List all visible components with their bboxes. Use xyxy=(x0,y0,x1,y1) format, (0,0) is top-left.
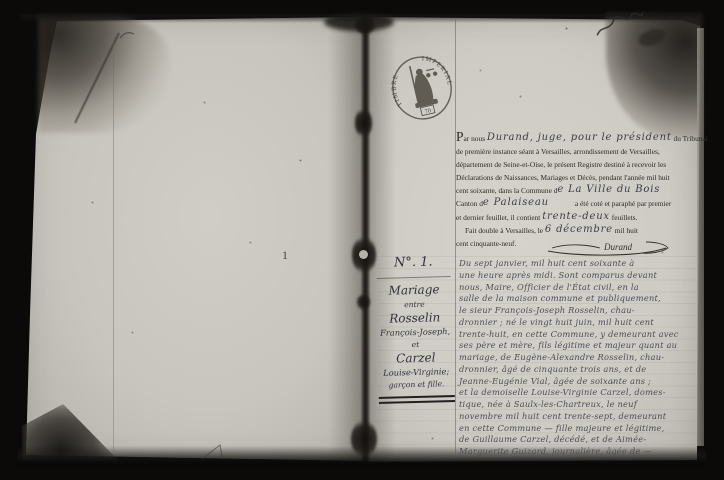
binding-top-smudge xyxy=(324,13,394,31)
act-line: novembre mil huit cent trente-sept, deme… xyxy=(459,411,697,423)
handwritten-insertion: trente-deux xyxy=(542,211,610,222)
preamble-line: cent soixante, dans la Commune de La Vil… xyxy=(456,184,708,197)
printed-text: de première instance séant à Versailles,… xyxy=(456,147,660,156)
margin-note: et xyxy=(376,339,454,350)
act-line: dronnier, âgé de cinquante trois ans, et… xyxy=(459,364,697,376)
preamble-line: Canton de Palaiseaua été coté et paraphé… xyxy=(456,197,708,210)
act-line: en cette Commune — fille majeure et légi… xyxy=(459,423,697,435)
margin-note: Rosselin xyxy=(376,310,454,326)
act-number: N°. 1. xyxy=(374,249,453,277)
pen-hook-mark xyxy=(118,28,138,42)
paper-specks xyxy=(0,0,1,1)
stamp-arc-left-text: TIMBRE xyxy=(387,72,407,109)
act-line: et la demoiselle Louise-Virginie Carzel,… xyxy=(459,387,697,399)
preamble-line: de première instance séant à Versailles,… xyxy=(456,145,708,158)
preamble-line: Par nous Durand, juge, pour le président… xyxy=(456,130,708,145)
printed-text: du Tribunal xyxy=(672,134,708,143)
printed-text: département de Seine-et-Oise, le présent… xyxy=(456,160,666,169)
printed-text: cent soixante, dans la Commune d xyxy=(456,186,557,195)
printed-text: cent cinquante-neuf. xyxy=(456,239,516,248)
preamble-line: Déclarations de Naissances, Mariages et … xyxy=(456,171,708,184)
binding-stitch-blob xyxy=(357,294,370,310)
margin-note: François-Joseph, xyxy=(376,326,454,338)
printed-text: Canton d xyxy=(456,199,483,208)
handwritten-insertion: Durand, juge, pour le président xyxy=(487,132,672,143)
margin-note: Mariage xyxy=(375,282,453,298)
act-line: salle de la maison commune et publiqueme… xyxy=(459,293,697,305)
binding-stitch-blob xyxy=(355,108,372,138)
act-margin-notes: N°. 1. Mariage entre Rosselin François-J… xyxy=(374,249,456,404)
printed-text: mil huit xyxy=(613,226,638,235)
printed-text: et dernier feuillet, il contient xyxy=(456,213,542,222)
stamp-denomination: 70 xyxy=(424,108,431,115)
handwritten-insertion: 6 décembre xyxy=(545,224,613,235)
book-scan-photo: 1 70 TIMBRE IMPERIAL Par nous Durand, ju… xyxy=(0,0,724,480)
pencil-check-mark xyxy=(200,443,236,461)
svg-text:TIMBRE: TIMBRE xyxy=(387,72,407,109)
act-line: ses père et mère, fils légitime et majeu… xyxy=(459,340,697,352)
act-line: une heure après midi. Sont comparus deva… xyxy=(459,270,697,282)
left-page-margin-line xyxy=(113,24,114,452)
margin-note: Louise-Virginie; xyxy=(377,366,455,378)
act-line: Marguerite Guizard, journalière, âgée de… xyxy=(459,446,697,458)
act-line: Du sept janvier, mil huit cent soixante … xyxy=(459,258,697,270)
act-line: dronnier ; né le vingt huit juin, mil hu… xyxy=(459,317,697,329)
margin-note: garçon et fille. xyxy=(377,379,455,390)
handwritten-insertion: e La Ville du Bois xyxy=(557,184,660,195)
act-line: le sieur François-Joseph Rosselin, chau- xyxy=(459,305,697,317)
act-line: de Guillaume Carzel, décédé, et de Aimée… xyxy=(459,434,697,446)
binding-stitch-hole xyxy=(359,250,368,259)
folio-number: 1 xyxy=(282,248,288,263)
margin-note: entre xyxy=(375,299,453,310)
preamble-line: département de Seine-et-Oise, le présent… xyxy=(456,158,708,171)
preamble-line: Fait double à Versailles, le 6 décembre … xyxy=(456,224,708,237)
signature-name: Durand xyxy=(603,242,633,252)
act-line: tique, née à Saulx-les-Chartreux, le neu… xyxy=(459,399,697,411)
act-line: trente-huit, en cette Commune, y demeura… xyxy=(459,329,697,341)
printed-text: a été coté et paraphé par premier xyxy=(549,199,671,208)
handwritten-insertion: e Palaiseau xyxy=(483,197,549,208)
act-line: Jeanne-Eugénie Vial, âgée de soixante an… xyxy=(459,376,697,388)
printed-text: Fait double à Versailles, le xyxy=(465,226,545,235)
printed-text: Déclarations de Naissances, Mariages et … xyxy=(456,173,670,182)
act-line: mariage, de Eugène-Alexandre Rosselin, c… xyxy=(459,352,697,364)
printed-text: Par nous xyxy=(456,134,487,143)
preamble-block: Par nous Durand, juge, pour le président… xyxy=(456,130,708,250)
act-line: nous, Maire, Officier de l'État civil, e… xyxy=(459,282,697,294)
printed-text: feuillets. xyxy=(610,213,638,222)
act-text-block: Du sept janvier, mil huit cent soixante … xyxy=(459,258,697,458)
margin-note: Carzel xyxy=(377,350,455,366)
preamble-line: et dernier feuillet, il contient trente-… xyxy=(456,211,708,224)
